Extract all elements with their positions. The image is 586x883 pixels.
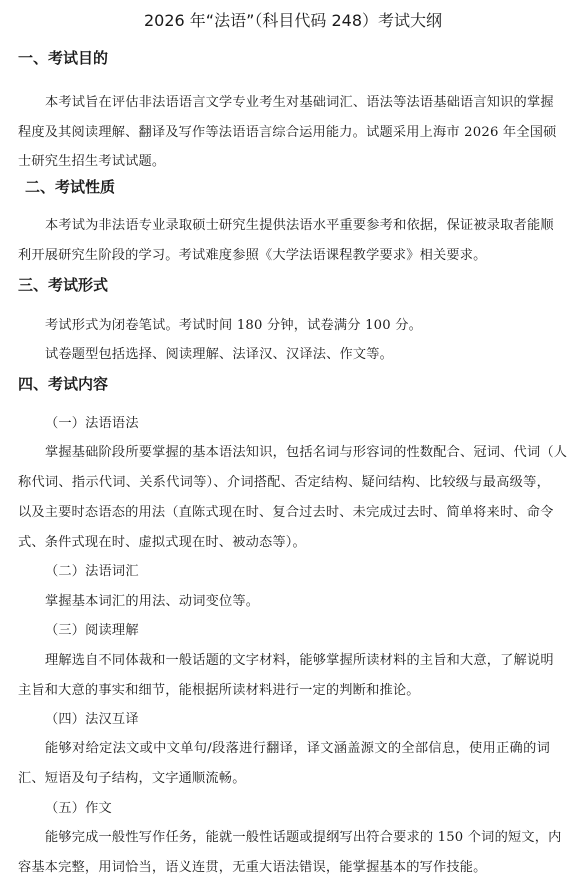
subsection-heading-writing: （五）作文 xyxy=(45,800,112,818)
subsection-heading-grammar: （一）法语语法 xyxy=(45,415,139,433)
subsection-heading-translation: （四）法汉互译 xyxy=(45,711,139,729)
paragraph-line: 能够完成一般性写作任务，能就一般性话题或提纲写出符合要求的 150 个词的短文，… xyxy=(45,829,550,847)
paragraph-line: 士研究生招生考试试题。 xyxy=(18,153,165,171)
paragraph-line: 本考试为非法语专业录取硕士研究生提供法语水平重要参考和依据，保证被录取者能顺 xyxy=(45,217,550,235)
paragraph-line: 主旨和大意的事实和细节，能根据所读材料进行一定的判断和推论。 xyxy=(18,682,420,700)
paragraph-line: 理解选自不同体裁和一般话题的文字材料，能够掌握所读材料的主旨和大意，了解说明 xyxy=(45,652,550,670)
paragraph-line: 以及主要时态语态的用法（直陈式现在时、复合过去时、未完成过去时、简单将来时、命令 xyxy=(18,504,550,522)
section-heading-content: 四、考试内容 xyxy=(18,375,108,393)
section-heading-format: 三、考试形式 xyxy=(18,276,108,294)
paragraph-line: 本考试旨在评估非法语语言文学专业考生对基础词汇、语法等法语基础语言知识的掌握 xyxy=(45,94,550,112)
paragraph-line: 能够对给定法文或中文单句/段落进行翻译，译文涵盖源文的全部信息，使用正确的词 xyxy=(45,740,550,758)
section-heading-nature: 二、考试性质 xyxy=(25,178,115,196)
paragraph-line: 考试形式为闭卷笔试。考试时间 180 分钟，试卷满分 100 分。 xyxy=(45,317,422,335)
section-heading-purpose: 一、考试目的 xyxy=(18,49,108,67)
paragraph-line: 程度及其阅读理解、翻译及写作等法语语言综合运用能力。试题采用上海市 2026 年… xyxy=(18,124,550,142)
paragraph-line: 利开展研究生阶段的学习。考试难度参照《大学法语课程教学要求》相关要求。 xyxy=(18,247,487,265)
subsection-heading-reading: （三）阅读理解 xyxy=(45,622,139,640)
document-title: 2026 年“法语”（科目代码 248）考试大纲 xyxy=(0,12,586,30)
subsection-heading-vocabulary: （二）法语词汇 xyxy=(45,563,139,581)
paragraph-line: 式、条件式现在时、虚拟式现在时、被动态等）。 xyxy=(18,534,306,552)
paragraph-line: 试卷题型包括选择、阅读理解、法译汉、汉译法、作文等。 xyxy=(45,346,393,364)
paragraph-line: 掌握基本词汇的用法、动词变位等。 xyxy=(45,593,259,611)
paragraph-line: 掌握基础阶段所要掌握的基本语法知识，包括名词与形容词的性数配合、冠词、代词（人 xyxy=(45,444,550,462)
paragraph-line: 称代词、指示代词、关系代词等）、介词搭配、否定结构、疑问结构、比较级与最高级等， xyxy=(18,474,550,492)
paragraph-line: 容基本完整，用词恰当，语义连贯，无重大语法错误，能掌握基本的写作技能。 xyxy=(18,859,487,877)
paragraph-line: 汇、短语及句子结构，文字通顺流畅。 xyxy=(18,770,246,788)
